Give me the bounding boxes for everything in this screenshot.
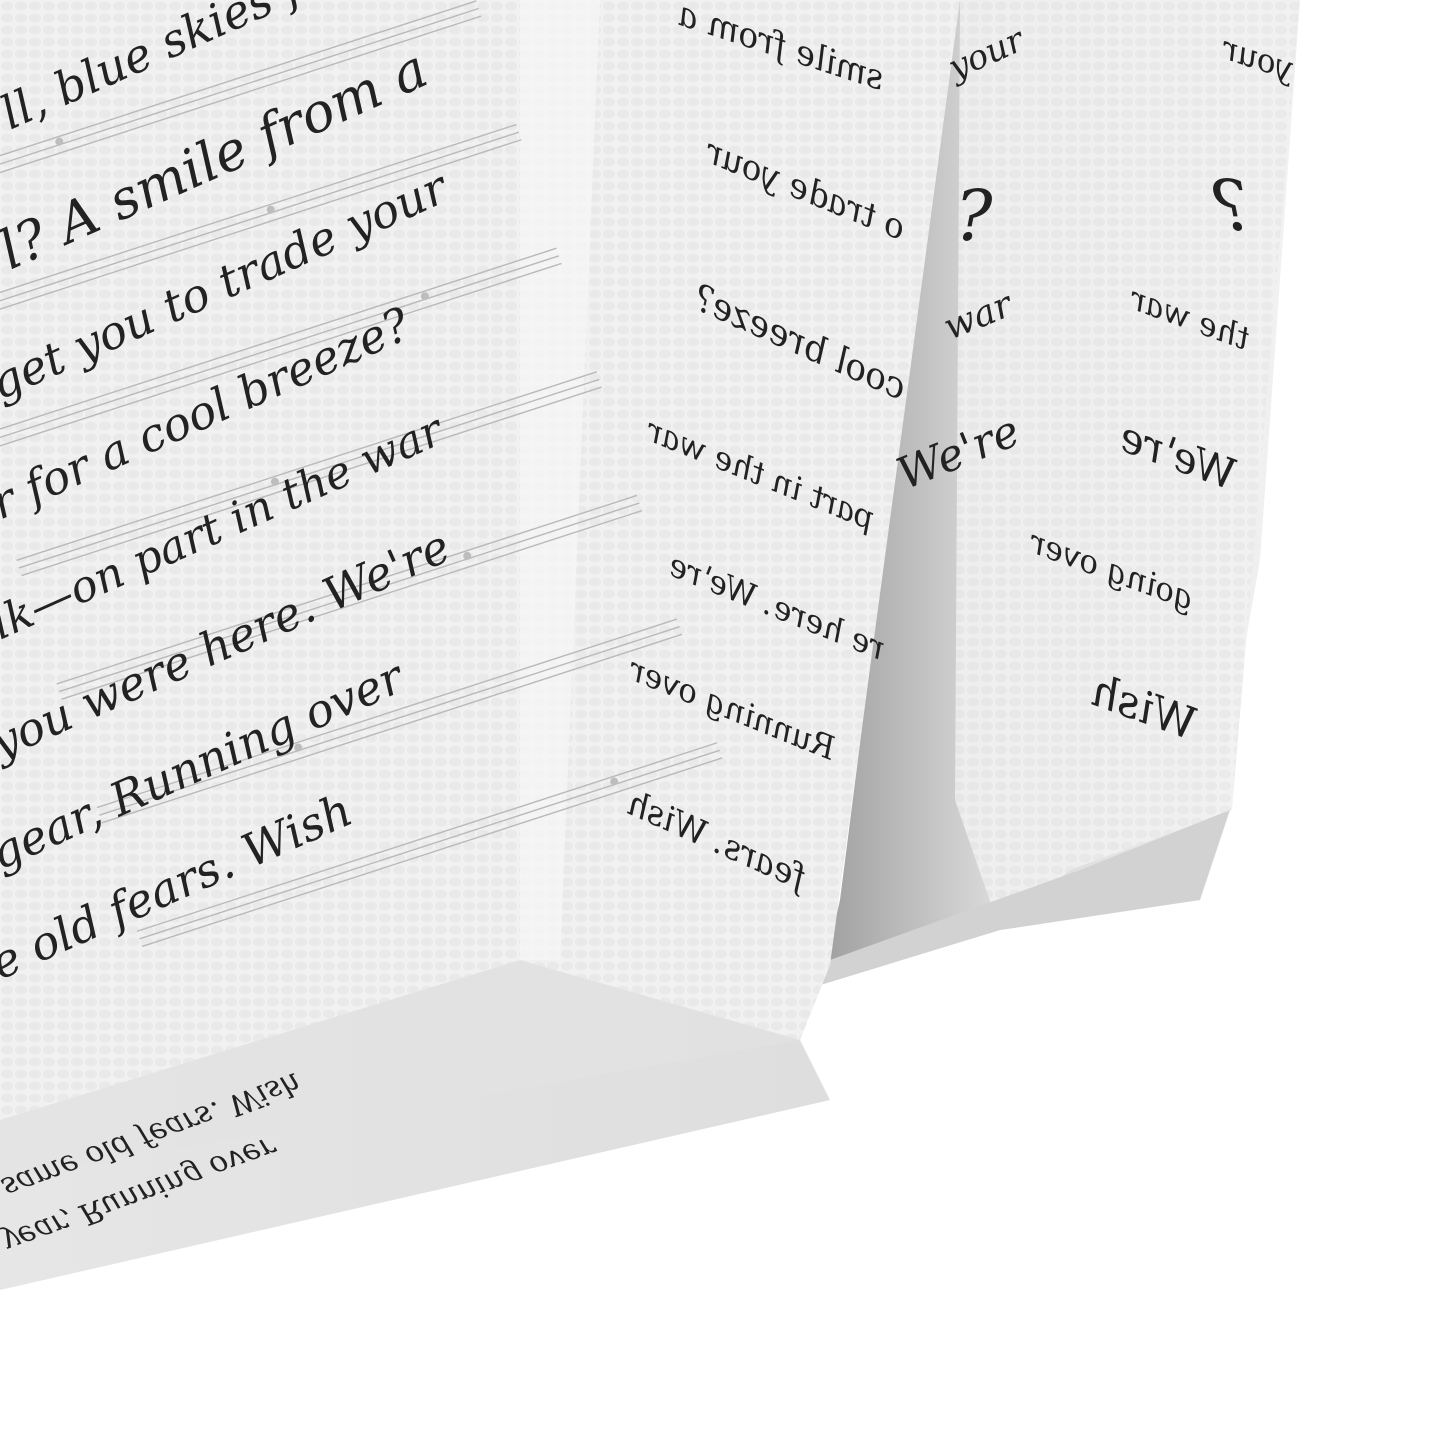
back-side-lyric-2: ?	[1212, 165, 1250, 247]
back-canvas-right-face	[955, 0, 1300, 930]
canvas-prints-photo: ll, blue skies f l? A smile from a get y…	[0, 0, 1445, 1445]
back-edge-lyric-2: ?	[955, 175, 993, 257]
